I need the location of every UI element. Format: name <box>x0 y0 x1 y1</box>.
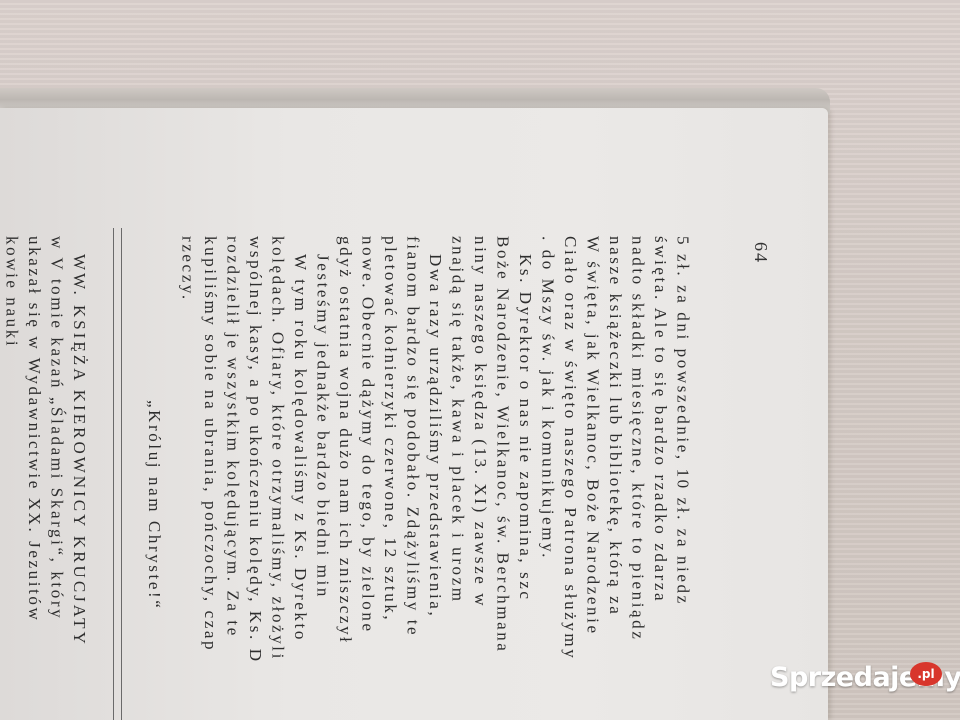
watermark-badge: .pl <box>910 662 942 686</box>
text-line: kupiliśmy sobie na ubrania, pończochy, c… <box>199 236 222 720</box>
text-line: Ks. Dyrektor o nas nie zapomina, szc <box>514 236 537 720</box>
text-line: W święta, jak Wielkanoc, Boże Narodzenie <box>581 236 604 720</box>
main-text-column: 5 zł. za dni powszednie, 10 zł. za niedz… <box>176 236 694 720</box>
text-line: rozdzielił je wszystkim kolędującym. Za … <box>221 236 244 720</box>
text-line: Boże Narodzenie, Wielkanoc, św. Berchman… <box>491 236 514 720</box>
double-rule-divider <box>113 228 122 720</box>
page-number: 64 <box>750 242 771 264</box>
text-line: kolędach. Ofiary, które otrzymaliśmy, zł… <box>266 236 289 720</box>
text-line: święta. Ale to się bardzo rzadko zdarza <box>649 236 672 720</box>
text-line: rzeczy. <box>176 236 199 720</box>
text-line: kowie nauki <box>0 236 23 720</box>
text-line: nadto składki miesięczne, które to pieni… <box>626 236 649 720</box>
text-line: pletować kołnierzyki czerwone, 12 sztuk, <box>379 236 402 720</box>
text-line: . do Mszy św. jak i komunikujemy. <box>536 236 559 720</box>
text-line: Jesteśmy jednakże bardzo biedni min <box>311 236 334 720</box>
motto: „Króluj nam Chryste!“ <box>144 400 164 610</box>
text-line: niny naszego księdza (13. XI) zawsze w <box>469 236 492 720</box>
text-line: znajdą się także, kawa i placek i urozm <box>446 236 469 720</box>
text-line: wspólnej kasy, a po ukończeniu kolędy, K… <box>244 236 267 720</box>
text-line: W tym roku kolędowaliśmy z Ks. Dyrekto <box>289 236 312 720</box>
text-line: Dwa razy urządziliśmy przedstawienia, <box>424 236 447 720</box>
text-line: nowe. Obecnie dążymy do tego, by zielone <box>356 236 379 720</box>
text-line: nasze książeczki lub bibliotekę, którą z… <box>604 236 627 720</box>
text-line: gdyż ostatnia wojna dużo nam ich zniszcz… <box>334 236 357 720</box>
section-heading: WW. KSIĘŻA KIEROWNICY KRUCJATY <box>68 236 91 720</box>
next-section-column: WW. KSIĘŻA KIEROWNICY KRUCJATY w V tomie… <box>0 236 90 720</box>
text-line: w V tomie kazań „Śladami Skargi“, który <box>45 236 68 720</box>
text-line: Ciało oraz w święto naszego Patrona służ… <box>559 236 582 720</box>
text-line: ukazał się w Wydawnictwie XX. Jezuitów <box>23 236 46 720</box>
text-line: 5 zł. za dni powszednie, 10 zł. za niedz <box>671 236 694 720</box>
text-line: fianom bardzo się podobało. Zdążyliśmy t… <box>401 236 424 720</box>
